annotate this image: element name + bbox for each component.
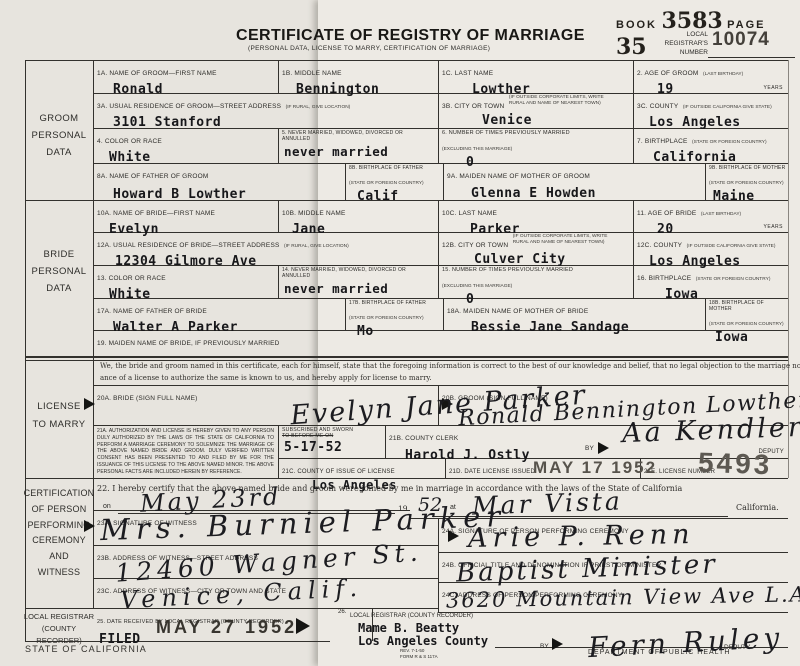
field-sublabel: (IF OUTSIDE CALIFORNIA GIVE STATE): [687, 244, 776, 249]
by-label: BY: [540, 643, 549, 650]
field-sublabel: (IF OUTSIDE CALIFORNIA GIVE STATE): [683, 105, 772, 110]
field-14-bride-marital-status: 14. NEVER MARRIED, WIDOWED, DIVORCED OR …: [278, 265, 438, 298]
field-label: 21C. COUNTY OF ISSUE OF LICENSE: [282, 469, 395, 475]
registrar-name: Mame B. Beatty: [358, 621, 459, 635]
field-sublabel: (EXCLUDING THIS MARRIAGE): [442, 284, 512, 289]
field-2-groom-age: 2. AGE OF GROOM (LAST BIRTHDAY) 19 YEARS: [633, 60, 788, 93]
field-label: 3B. CITY OR TOWN: [442, 103, 504, 110]
registrar-county: Los Angeles County: [358, 634, 488, 648]
field-label: 17A. NAME OF FATHER OF BRIDE: [97, 308, 207, 315]
field-sublabel: (STATE OR FOREIGN COUNTRY): [696, 277, 771, 282]
field-label: 17B. BIRTHPLACE OF FATHER: [349, 300, 439, 306]
field-18a-bride-mother: 18A. MAIDEN NAME OF MOTHER OF BRIDE Bess…: [443, 298, 705, 330]
field-10a-bride-first-name: 10A. NAME OF BRIDE—FIRST NAME Evelyn: [93, 200, 278, 232]
field-label: 8B. BIRTHPLACE OF FATHER: [349, 165, 439, 171]
field-12b-bride-city: 12B. CITY OR TOWN (IF OUTSIDE CORPORATE …: [438, 232, 633, 265]
state-printed: California.: [736, 503, 779, 512]
field-label: 12C. COUNTY: [637, 242, 682, 249]
section-label-certification: CERTIFICATION OF PERSON PERFORMING CEREM…: [23, 486, 95, 581]
field-5-groom-marital-status: 5. NEVER MARRIED, WIDOWED, DIVORCED OR A…: [278, 128, 438, 163]
field-label: 3A. USUAL RESIDENCE OF GROOM—STREET ADDR…: [97, 103, 281, 110]
license-date-stamp: MAY 17 1952: [533, 458, 657, 478]
field-label: 14. NEVER MARRIED, WIDOWED, DIVORCED OR …: [282, 267, 432, 279]
by-label: BY: [585, 445, 594, 453]
field-10c-bride-last-name: 10C. LAST NAME Parker: [438, 200, 633, 232]
field-label: 9A. MAIDEN NAME OF MOTHER OF GROOM: [447, 173, 590, 180]
field-sublabel: (EXCLUDING THIS MARRIAGE): [442, 147, 512, 152]
field-label: 12B. CITY OR TOWN: [442, 242, 508, 249]
clerk-deputy-signature: Aa Kendler: [622, 412, 800, 449]
page-value: 35: [616, 34, 647, 60]
field-label: 20A. BRIDE (SIGN FULL NAME): [97, 395, 198, 402]
field-6-groom-times-married: 6. NUMBER OF TIMES PREVIOUSLY MARRIED (E…: [438, 128, 633, 163]
field-label: 21B. COUNTY CLERK: [389, 435, 458, 442]
field-10b-bride-middle-name: 10B. MIDDLE NAME Jane: [278, 200, 438, 232]
field-7-groom-birthplace: 7. BIRTHPLACE (STATE OR FOREIGN COUNTRY)…: [633, 128, 788, 163]
grid-line: [25, 360, 788, 361]
field-label: 5. NEVER MARRIED, WIDOWED, DIVORCED OR A…: [282, 130, 432, 142]
field-21c-county-of-issue: 21C. COUNTY OF ISSUE OF LICENSE Los Ange…: [278, 458, 445, 478]
form-revision-label: REV. 7-1-50 FORM R & S 117A: [400, 648, 438, 660]
field-label: 19. MAIDEN NAME OF BRIDE, IF PREVIOUSLY …: [97, 340, 280, 347]
field-unit: YEARS: [764, 224, 783, 230]
field-13-bride-race: 13. COLOR OR RACE White: [93, 265, 278, 298]
field-label: 21D. DATE LICENSE ISSUED: [449, 469, 535, 475]
field-label: 7. BIRTHPLACE: [637, 138, 688, 145]
field-15-bride-times-married: 15. NUMBER OF TIMES PREVIOUSLY MARRIED (…: [438, 265, 633, 298]
field-sublabel: (STATE OR FOREIGN COUNTRY): [349, 181, 424, 186]
pointer-arrow-icon: [84, 520, 95, 532]
registrar-number-value: 10074: [712, 29, 770, 51]
registrar-number-label: LOCAL REGISTRAR'S NUMBER: [650, 31, 708, 57]
field-label: 6. NUMBER OF TIMES PREVIOUSLY MARRIED: [442, 130, 633, 137]
field-sublabel: (STATE OR FOREIGN COUNTRY): [349, 316, 424, 321]
field-label: 1B. MIDDLE NAME: [282, 70, 342, 77]
field-label: 18A. MAIDEN NAME OF MOTHER OF BRIDE: [447, 308, 588, 315]
field-label: 11. AGE OF BRIDE: [637, 210, 696, 217]
field-label: 15. NUMBER OF TIMES PREVIOUSLY MARRIED: [442, 267, 633, 274]
field-label: 16. BIRTHPLACE: [637, 275, 691, 282]
field-value: never married: [284, 281, 438, 296]
affirmation-line-1: We, the bride and groom named in this ce…: [100, 362, 800, 370]
field-9a-groom-mother: 9A. MAIDEN NAME OF MOTHER OF GROOM Glenn…: [443, 163, 705, 200]
field-18b-mother-birthplace: 18B. BIRTHPLACE OF MOTHER (STATE OR FORE…: [705, 298, 788, 330]
field-11-bride-age: 11. AGE OF BRIDE (LAST BIRTHDAY) 20 YEAR…: [633, 200, 788, 232]
field-26-label: LOCAL REGISTRAR (COUNTY RECORDER): [350, 613, 473, 619]
field-label: 1C. LAST NAME: [442, 70, 493, 77]
field-label: 10C. LAST NAME: [442, 210, 497, 217]
pointer-arrow-icon: [598, 442, 609, 454]
field-value: Glenna E Howden: [471, 186, 705, 201]
on-label: on: [103, 503, 111, 510]
affirmation-line-2: ance of a license to authorize the same …: [100, 374, 432, 382]
field-sublabel: (STATE OR FOREIGN COUNTRY): [709, 322, 784, 327]
field-16-bride-birthplace: 16. BIRTHPLACE (STATE OR FOREIGN COUNTRY…: [633, 265, 788, 298]
field-label: 1A. NAME OF GROOM—FIRST NAME: [97, 70, 217, 77]
book-label: BOOK: [616, 19, 657, 31]
field-sublabel: (IF RURAL, GIVE LOCATION): [286, 105, 351, 110]
field-value: never married: [284, 144, 438, 159]
field-sublabel: (IF RURAL, GIVE LOCATION): [284, 244, 349, 249]
field-17a-bride-father: 17A. NAME OF FATHER OF BRIDE Walter A Pa…: [93, 298, 345, 330]
section-label-groom: GROOM PERSONAL DATA: [25, 110, 93, 161]
field-21a-authorization-text: 21A. AUTHORIZATION AND LICENSE IS HEREBY…: [93, 425, 278, 478]
field-label: 13. COLOR OR RACE: [97, 275, 166, 282]
field-19-bride-maiden-name: 19. MAIDEN NAME OF BRIDE, IF PREVIOUSLY …: [93, 330, 788, 356]
field-sublabel: (LAST BIRTHDAY): [703, 72, 743, 77]
field-12c-bride-county: 12C. COUNTY (IF OUTSIDE CALIFORNIA GIVE …: [633, 232, 788, 265]
section-label-bride: BRIDE PERSONAL DATA: [25, 246, 93, 297]
officiant-signature: Arie P. Renn: [468, 519, 695, 554]
field-1b-groom-middle-name: 1B. MIDDLE NAME Bennington: [278, 60, 438, 93]
field-value: 5-17-52: [284, 440, 385, 455]
field-sublabel: (STATE OR FOREIGN COUNTRY): [709, 181, 784, 186]
field-sublabel: (IF OUTSIDE CORPORATE LIMITS, WRITE RURA…: [509, 95, 619, 107]
license-number-stamp: 5493: [697, 447, 772, 482]
field-8a-groom-father: 8A. NAME OF FATHER OF GROOM Howard B Low…: [93, 163, 345, 200]
section-label-license: LICENSE TO MARRY: [25, 398, 93, 434]
field-3b-groom-city: 3B. CITY OR TOWN (IF OUTSIDE CORPORATE L…: [438, 93, 633, 128]
field-label: 2. AGE OF GROOM: [637, 70, 699, 77]
grid-line: [438, 612, 788, 613]
field-label: 3C. COUNTY: [637, 103, 678, 110]
field-sublabel: (IF OUTSIDE CORPORATE LIMITS, WRITE RURA…: [513, 234, 613, 246]
field-label: 10B. MIDDLE NAME: [282, 210, 346, 217]
field-8b-father-birthplace: 8B. BIRTHPLACE OF FATHER (STATE OR FOREI…: [345, 163, 443, 200]
pointer-arrow-icon: [552, 638, 563, 650]
field-unit: YEARS: [764, 85, 783, 91]
grid-line: [25, 356, 788, 358]
page-title: CERTIFICATE OF REGISTRY OF MARRIAGE: [236, 27, 585, 45]
field-9b-mother-birthplace: 9B. BIRTHPLACE OF MOTHER (STATE OR FOREI…: [705, 163, 788, 200]
received-date-stamp: MAY 27 1952: [156, 617, 297, 638]
field-label: 9B. BIRTHPLACE OF MOTHER: [709, 165, 787, 171]
field-label: 4. COLOR OR RACE: [97, 138, 162, 145]
marriage-certificate-scan: BOOK 3583 PAGE 35 CERTIFICATE OF REGISTR…: [0, 0, 800, 666]
field-1c-groom-last-name: 1C. LAST NAME Lowther: [438, 60, 633, 93]
pointer-arrow-icon: [84, 398, 95, 410]
pointer-arrow-icon: [296, 618, 310, 634]
field-12a-bride-residence: 12A. USUAL RESIDENCE OF BRIDE—STREET ADD…: [93, 232, 438, 265]
field-label: 12A. USUAL RESIDENCE OF BRIDE—STREET ADD…: [97, 242, 280, 249]
field-4-groom-race: 4. COLOR OR RACE White: [93, 128, 278, 163]
field-1a-groom-first-name: 1A. NAME OF GROOM—FIRST NAME Ronald: [93, 60, 278, 93]
field-label-struck: TO BEFORE ME ON: [282, 433, 385, 439]
field-sublabel: (STATE OR FOREIGN COUNTRY): [692, 140, 767, 145]
field-17b-father-birthplace: 17B. BIRTHPLACE OF FATHER (STATE OR FORE…: [345, 298, 443, 330]
field-value: Venice: [482, 113, 633, 128]
field-3a-groom-residence: 3A. USUAL RESIDENCE OF GROOM—STREET ADDR…: [93, 93, 438, 128]
field-label: 10A. NAME OF BRIDE—FIRST NAME: [97, 210, 215, 217]
field-label: 18B. BIRTHPLACE OF MOTHER: [709, 300, 787, 312]
page-subtitle: (PERSONAL DATA, LICENSE TO MARRY, CERTIF…: [248, 45, 490, 52]
field-sublabel: (LAST BIRTHDAY): [701, 212, 741, 217]
section-label-registrar: LOCAL REGISTRAR (COUNTY RECORDER): [23, 611, 95, 647]
book-page-stamp: BOOK 3583 PAGE 35: [616, 8, 800, 60]
field-label: 8A. NAME OF FATHER OF GROOM: [97, 173, 208, 180]
field-26-number: 26.: [338, 609, 346, 615]
field-3c-groom-county: 3C. COUNTY (IF OUTSIDE CALIFORNIA GIVE S…: [633, 93, 788, 128]
